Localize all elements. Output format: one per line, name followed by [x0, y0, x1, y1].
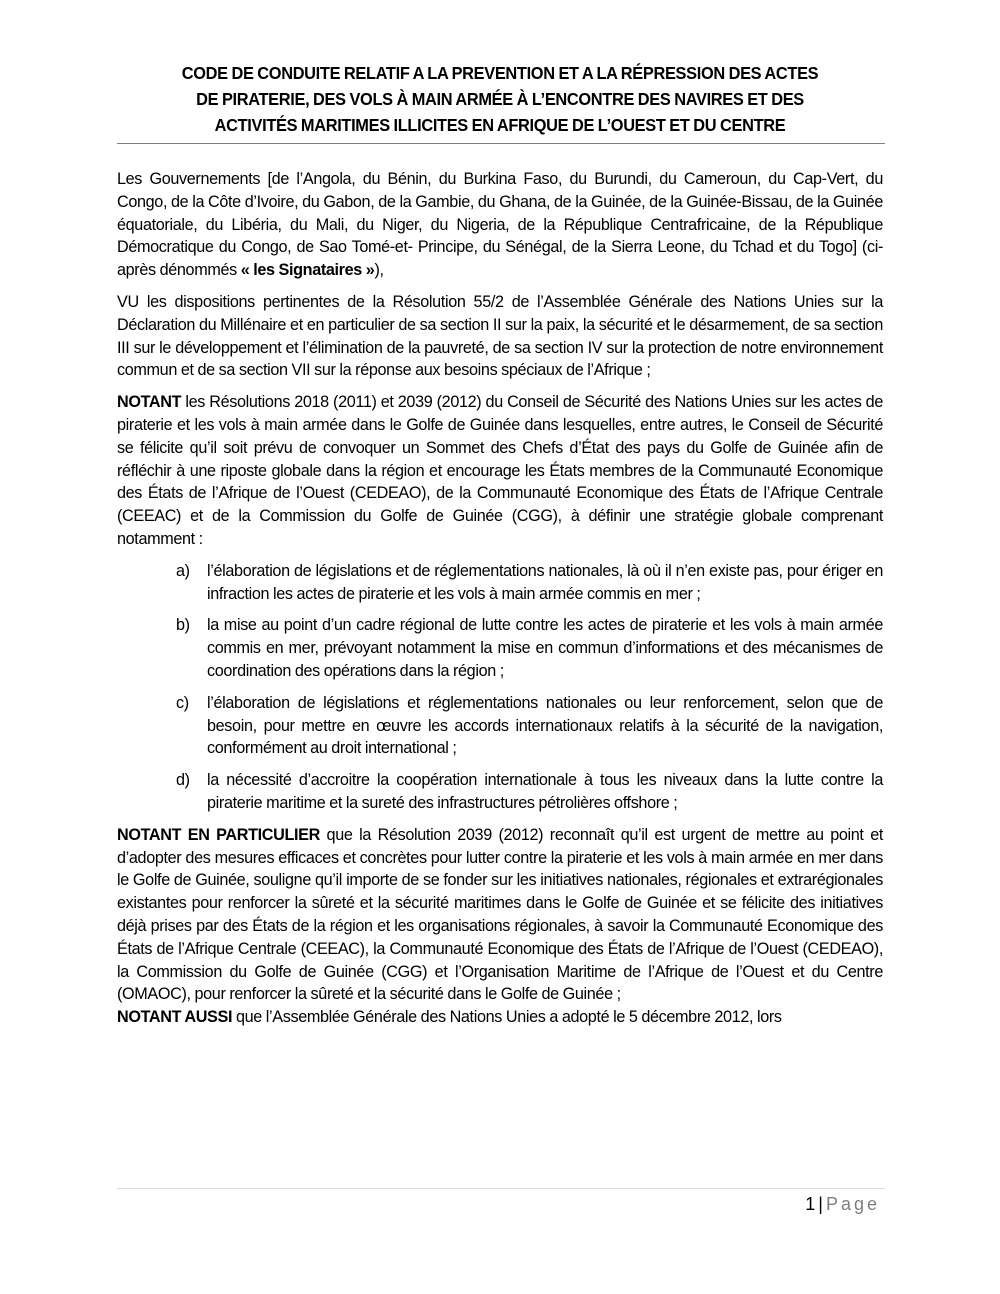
list-item-text: l’élaboration de législations et de régl… [207, 562, 883, 603]
footer-divider [117, 1188, 885, 1189]
list-marker: c) [176, 692, 189, 715]
list-item-d: d) la nécessité d’accroitre la coopérati… [117, 769, 883, 815]
notant-aussi-text: que l’Assemblée Générale des Nations Uni… [232, 1008, 782, 1026]
paragraph-notant-particulier: NOTANT EN PARTICULIER que la Résolution … [117, 824, 883, 1006]
notant-particulier-text: que la Résolution 2039 (2012) reconnaît … [117, 826, 883, 1004]
list-item-c: c) l’élaboration de législations et régl… [117, 692, 883, 760]
paragraph-notant-aussi: NOTANT AUSSI que l’Assemblée Générale de… [117, 1006, 883, 1029]
title-line-1: CODE DE CONDUITE RELATIF A LA PREVENTION… [144, 60, 856, 86]
list-item-text: la nécessité d’accroitre la coopération … [207, 771, 883, 812]
notant-aussi-lead: NOTANT AUSSI [117, 1008, 232, 1026]
list-item-text: la mise au point d’un cadre régional de … [207, 616, 883, 680]
paragraph-governments: Les Gouvernements [de l’Angola, du Bénin… [117, 168, 883, 282]
signataires-term: « les Signataires » [241, 261, 375, 279]
document-title: CODE DE CONDUITE RELATIF A LA PREVENTION… [117, 60, 883, 138]
page-number: 1 [805, 1194, 815, 1214]
list-marker: a) [176, 560, 190, 583]
list-item-b: b) la mise au point d’un cadre régional … [117, 614, 883, 682]
document-body: Les Gouvernements [de l’Angola, du Bénin… [117, 168, 883, 1029]
paragraph-vu: VU les dispositions pertinentes de la Ré… [117, 291, 883, 382]
list-marker: d) [176, 769, 190, 792]
title-line-2: DE PIRATERIE, DES VOLS À MAIN ARMÉE À L’… [144, 86, 856, 112]
notant-particulier-lead: NOTANT EN PARTICULIER [117, 826, 320, 844]
governments-after: ), [374, 261, 383, 279]
page-separator: | [818, 1194, 823, 1214]
strategy-list: a) l’élaboration de législations et de r… [117, 560, 883, 815]
list-marker: b) [176, 614, 190, 637]
title-line-3: ACTIVITÉS MARITIMES ILLICITES EN AFRIQUE… [144, 112, 856, 138]
governments-text: Les Gouvernements [de l’Angola, du Bénin… [117, 170, 883, 279]
paragraph-notant: NOTANT les Résolutions 2018 (2011) et 20… [117, 391, 883, 551]
list-item-text: l’élaboration de législations et régleme… [207, 694, 883, 758]
page-footer: 1|Page [805, 1192, 880, 1216]
notant-lead: NOTANT [117, 393, 181, 411]
document-page: CODE DE CONDUITE RELATIF A LA PREVENTION… [117, 60, 883, 138]
title-divider [117, 143, 885, 144]
list-item-a: a) l’élaboration de législations et de r… [117, 560, 883, 606]
notant-text: les Résolutions 2018 (2011) et 2039 (201… [117, 393, 883, 548]
page-label: Page [826, 1194, 880, 1214]
